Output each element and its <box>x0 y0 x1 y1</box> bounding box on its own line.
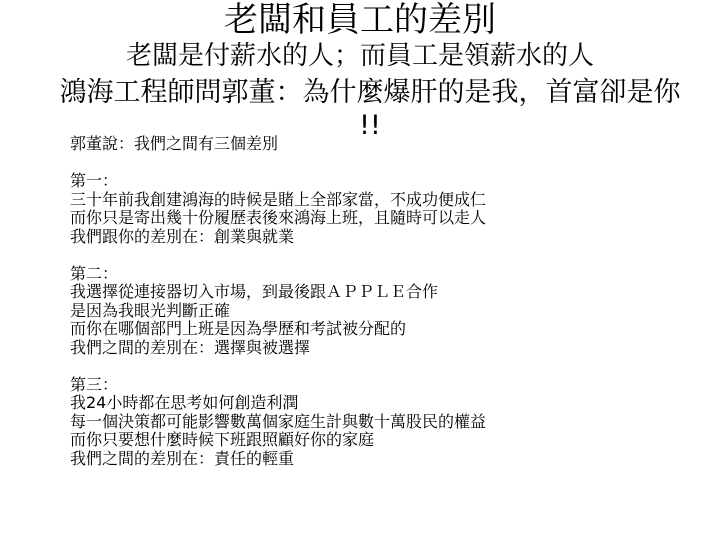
section-line: 而你只是寄出幾十份履歷表後來鴻海上班，且隨時可以走人 <box>70 209 630 228</box>
section-line: 每一個決策都可能影響數萬個家庭生計與數十萬股民的權益 <box>70 413 630 432</box>
section-line: 是因為我眼光判斷正確 <box>70 302 630 321</box>
section-heading: 第一： <box>70 172 630 191</box>
question-line-1: 鴻海工程師問郭董：為什麼爆肝的是我，首富卻是你 <box>40 76 700 109</box>
section-line: 我們之間的差別在：選擇與被選擇 <box>70 339 630 358</box>
section-second: 第二： 我選擇從連接器切入市場，到最後跟ＡＰＰＬＥ合作 是因為我眼光判斷正確 而… <box>70 265 630 358</box>
section-line: 而你只要想什麼時候下班跟照顧好你的家庭 <box>70 431 630 450</box>
section-third: 第三： 我24小時都在思考如何創造利潤 每一個決策都可能影響數萬個家庭生計與數十… <box>70 376 630 469</box>
section-line: 而你在哪個部門上班是因為學歷和考試被分配的 <box>70 320 630 339</box>
slide-title: 老闆和員工的差別 <box>0 0 720 40</box>
section-line: 我24小時都在思考如何創造利潤 <box>70 394 630 413</box>
intro-text: 郭董說：我們之間有三個差別 <box>70 135 630 154</box>
section-line: 我選擇從連接器切入市場，到最後跟ＡＰＰＬＥ合作 <box>70 283 630 302</box>
slide-body: 郭董說：我們之間有三個差別 第一： 三十年前我創建鴻海的時候是賭上全部家當，不成… <box>70 135 630 468</box>
section-line: 我們之間的差別在：責任的輕重 <box>70 450 630 469</box>
section-heading: 第二： <box>70 265 630 284</box>
section-line: 三十年前我創建鴻海的時候是賭上全部家當，不成功便成仁 <box>70 191 630 210</box>
section-heading: 第三： <box>70 376 630 395</box>
slide-subtitle: 老闆是付薪水的人；而員工是領薪水的人 <box>0 40 720 73</box>
section-first: 第一： 三十年前我創建鴻海的時候是賭上全部家當，不成功便成仁 而你只是寄出幾十份… <box>70 172 630 246</box>
question-heading: 鴻海工程師問郭董：為什麼爆肝的是我，首富卻是你 !! <box>40 76 700 142</box>
section-line: 我們跟你的差別在：創業與就業 <box>70 228 630 247</box>
